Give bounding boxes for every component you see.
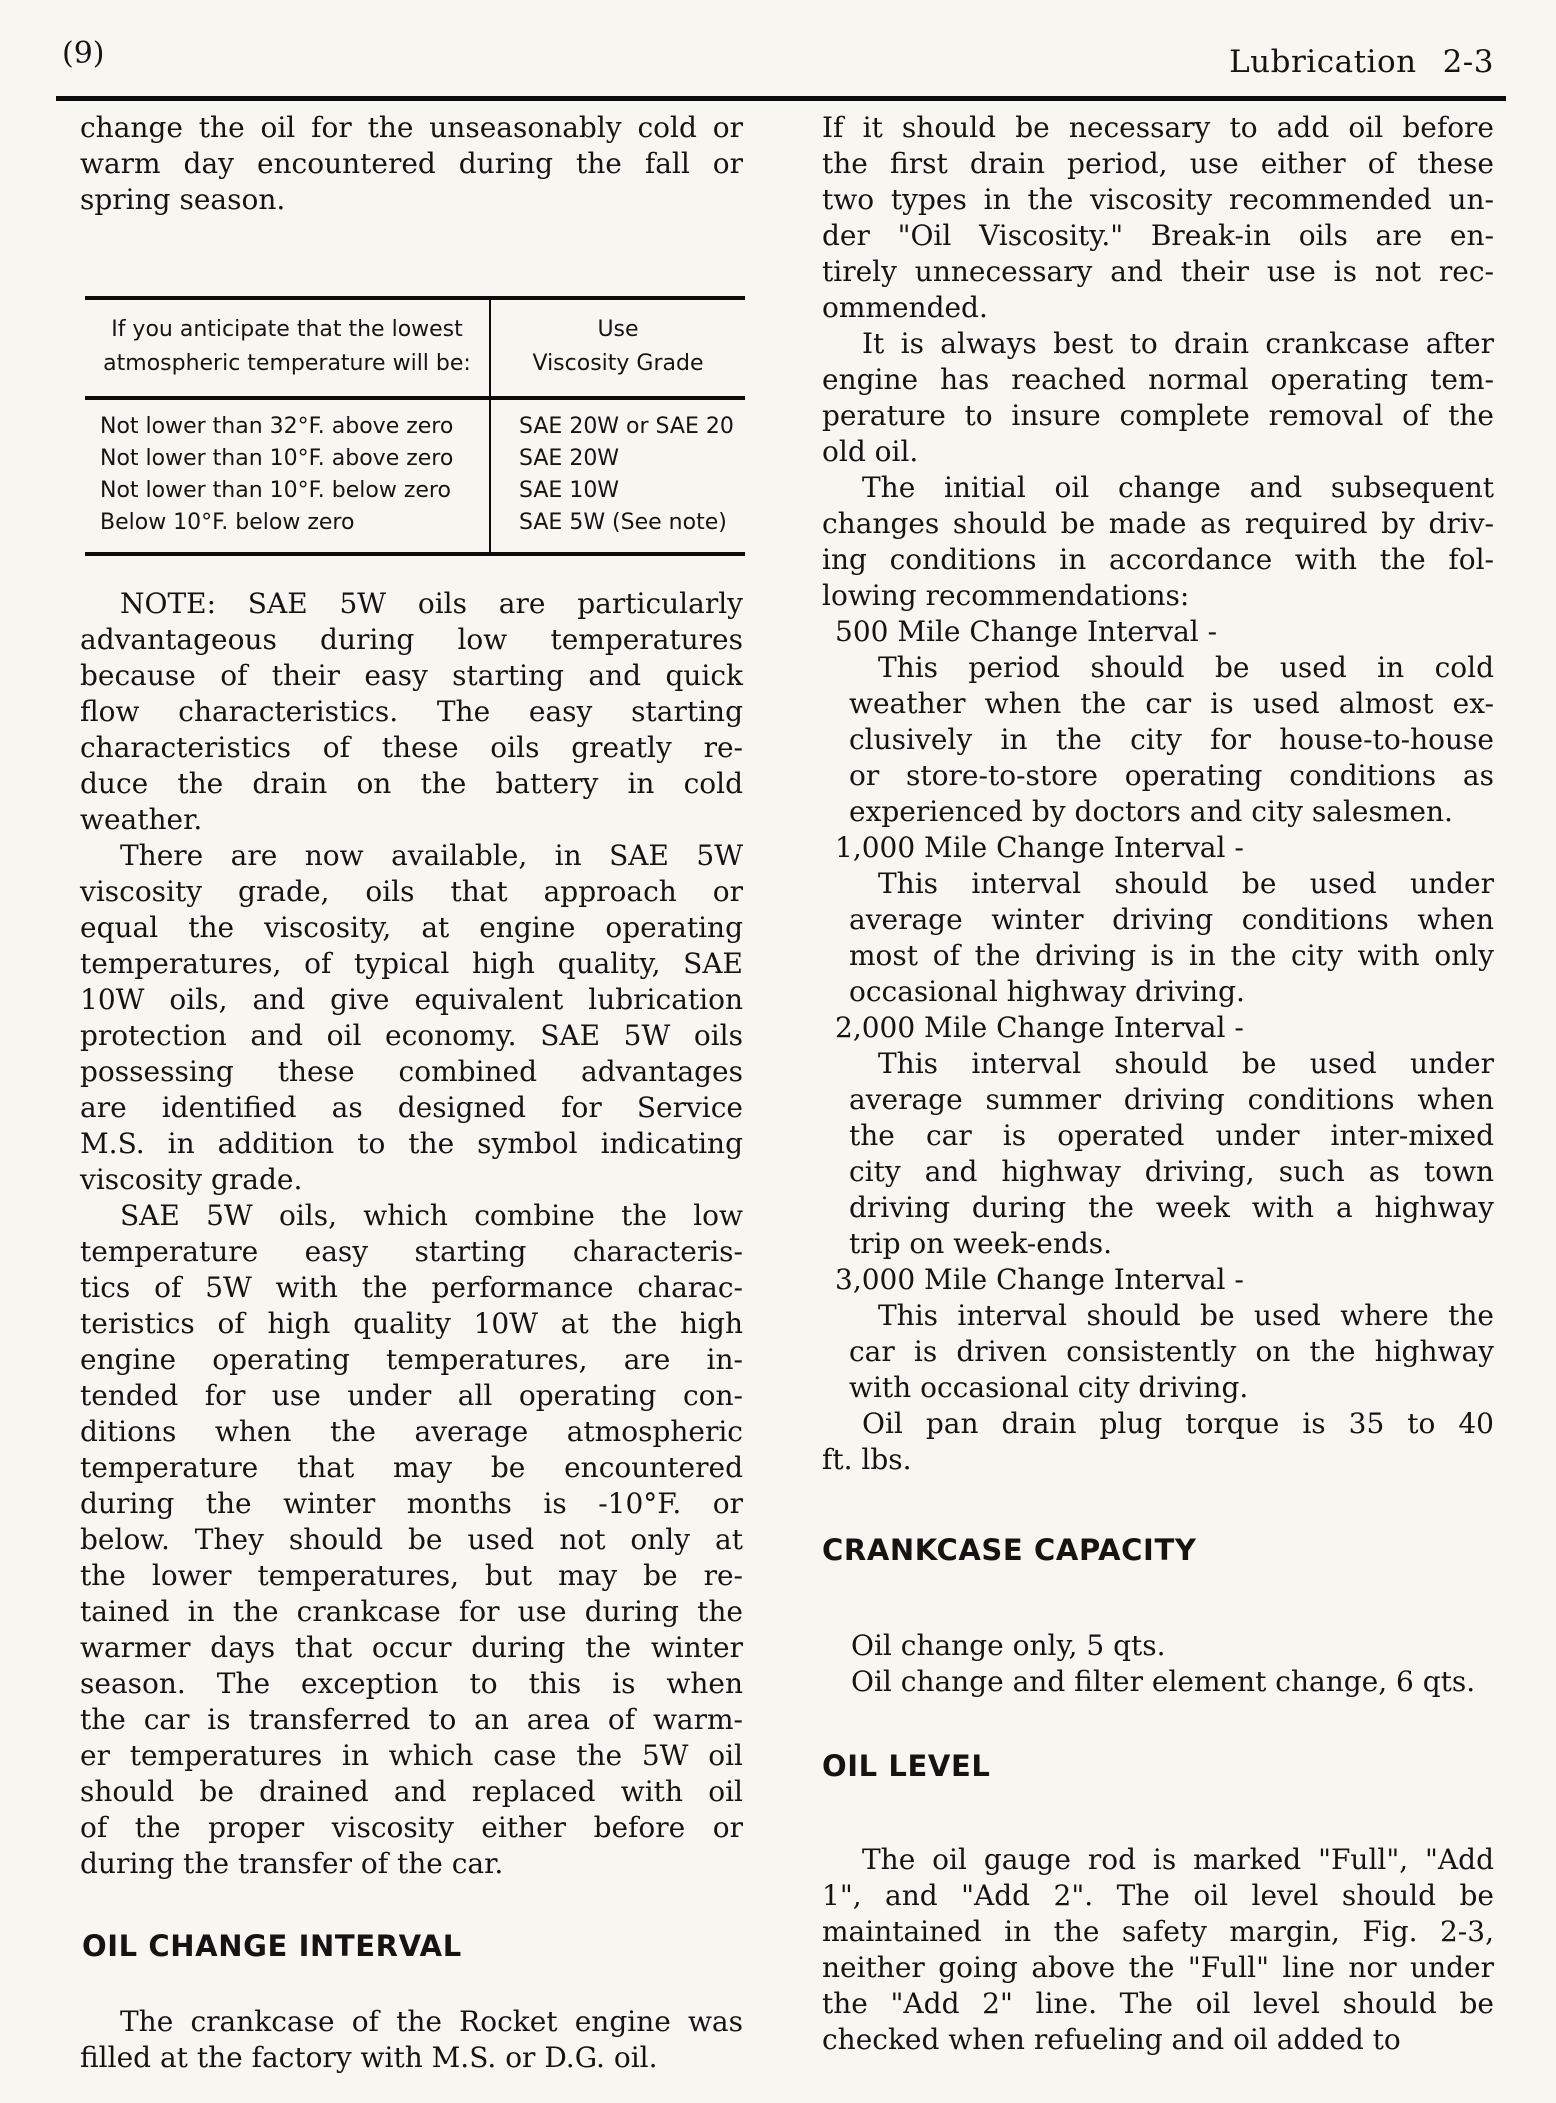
text-line: the "Add 2" line. The oil level should b… (822, 1986, 1494, 2022)
text-line: Oil change and filter element change, 6 … (822, 1664, 1494, 1700)
text-line: change the oil for the unseasonably cold… (80, 110, 743, 146)
text-line: This interval should be used under (849, 1046, 1494, 1082)
text-line: the car is operated under inter-mixed (849, 1118, 1494, 1154)
text-line: are identified as designed for Service (80, 1090, 743, 1126)
text-line: neither going above the "Full" line nor … (822, 1950, 1494, 1986)
text-line: tics of 5W with the performance charac- (80, 1270, 743, 1306)
text-line: checked when refueling and oil added to (822, 2022, 1494, 2058)
text-line: teristics of high quality 10W at the hig… (80, 1306, 743, 1342)
text-line: engine has reached normal operating tem- (822, 362, 1494, 398)
text-line: possessing these combined advantages (80, 1054, 743, 1090)
interval-2000-paragraph: This interval should be used underaverag… (849, 1046, 1494, 1262)
text-line: It is always best to drain crankcase aft… (822, 326, 1494, 362)
viscosity-table: If you anticipate that the lowest atmosp… (85, 296, 745, 556)
column-right: If it should be necessary to add oil bef… (822, 110, 1494, 2058)
text-line: temperatures, of typical high quality, S… (80, 946, 743, 982)
text-line: should be drained and replaced with oil (80, 1774, 743, 1810)
text-line: viscosity grade, oils that approach or (80, 874, 743, 910)
column-left: change the oil for the unseasonably cold… (80, 110, 743, 2076)
interval-500-paragraph: This period should be used in coldweathe… (849, 650, 1494, 830)
text-line: car is driven consistently on the highwa… (849, 1334, 1494, 1370)
table-temp-cell: Not lower than 10°F. above zero (100, 443, 483, 475)
text-line: because of their easy starting and quick (80, 658, 743, 694)
text-line: with occasional city driving. (849, 1370, 1494, 1406)
text-line: season. The exception to this is when (80, 1666, 743, 1702)
text-line: the lower temperatures, but may be re- (80, 1558, 743, 1594)
text-line: ing conditions in accordance with the fo… (822, 542, 1494, 578)
text-line: tained in the crankcase for use during t… (80, 1594, 743, 1630)
text-line: Oil pan drain plug torque is 35 to 40 (822, 1406, 1494, 1442)
text-line: 1", and "Add 2". The oil level should be (822, 1878, 1494, 1914)
text-line: This interval should be used where the (849, 1298, 1494, 1334)
sae5w-paragraph: SAE 5W oils, which combine the lowtemper… (80, 1198, 743, 1882)
text-line: weather when the car is used almost ex- (849, 686, 1494, 722)
text-line: spring season. (80, 182, 743, 218)
text-line: advantageous during low temperatures (80, 622, 743, 658)
section-number: 2-3 (1443, 44, 1494, 80)
availability-paragraph: There are now available, in SAE 5Wviscos… (80, 838, 743, 1198)
text-line: ommended. (822, 290, 1494, 326)
text-line: occasional highway driving. (849, 974, 1494, 1010)
text-line: der "Oil Viscosity." Break-in oils are e… (822, 218, 1494, 254)
oil-level-paragraph: The oil gauge rod is marked "Full", "Add… (822, 1842, 1494, 2058)
header-rule (56, 96, 1506, 101)
text-line: warmer days that occur during the winter (80, 1630, 743, 1666)
interval-1000-paragraph: This interval should be used underaverag… (849, 866, 1494, 1010)
initial-change-paragraph: The initial oil change and subsequentcha… (822, 470, 1494, 614)
text-line: below. They should be used not only at (80, 1522, 743, 1558)
text-line: NOTE: SAE 5W oils are particularly (80, 586, 743, 622)
text-line: ditions when the average atmospheric (80, 1414, 743, 1450)
table-temp-cell: Below 10°F. below zero (100, 507, 483, 539)
intro-paragraph: change the oil for the unseasonably cold… (80, 110, 743, 218)
text-line: during the transfer of the car. (80, 1846, 743, 1882)
viscosity-table-header-row: If you anticipate that the lowest atmosp… (85, 300, 745, 400)
text-line: equal the viscosity, at engine operating (80, 910, 743, 946)
text-line: most of the driving is in the city with … (849, 938, 1494, 974)
heading-oil-level: OIL LEVEL (822, 1746, 1494, 1786)
table-grade-cell: SAE 5W (See note) (519, 507, 739, 539)
text-line: the car is transferred to an area of war… (80, 1702, 743, 1738)
table-grade-cell: SAE 20W (519, 443, 739, 475)
interval-500-label: 500 Mile Change Interval - (835, 614, 1494, 650)
text-line: er temperatures in which case the 5W oil (80, 1738, 743, 1774)
interval-2000-label: 2,000 Mile Change Interval - (835, 1010, 1494, 1046)
text-line: If it should be necessary to add oil bef… (822, 110, 1494, 146)
text-line: flow characteristics. The easy starting (80, 694, 743, 730)
table-temp-cell: Not lower than 32°F. above zero (100, 411, 483, 443)
table-grade-cell: SAE 10W (519, 475, 739, 507)
text-line: duce the drain on the battery in cold (80, 766, 743, 802)
text-line: two types in the viscosity recommended u… (822, 182, 1494, 218)
text-line: experienced by doctors and city salesmen… (849, 794, 1494, 830)
text-line: during the winter months is -10°F. or (80, 1486, 743, 1522)
table-grade-cell: SAE 20W or SAE 20 (519, 411, 739, 443)
section-title: Lubrication (1229, 44, 1416, 80)
text-line: engine operating temperatures, are in- (80, 1342, 743, 1378)
text-line: trip on week-ends. (849, 1226, 1494, 1262)
text-line: old oil. (822, 434, 1494, 470)
text-line: The initial oil change and subsequent (822, 470, 1494, 506)
add-oil-paragraph: If it should be necessary to add oil bef… (822, 110, 1494, 326)
text-line: changes should be made as required by dr… (822, 506, 1494, 542)
text-line: or store-to-store operating conditions a… (849, 758, 1494, 794)
text-line: lowing recommendations: (822, 578, 1494, 614)
text-line: city and highway driving, such as town (849, 1154, 1494, 1190)
interval-1000-label: 1,000 Mile Change Interval - (835, 830, 1494, 866)
text-line: the first drain period, use either of th… (822, 146, 1494, 182)
crankcase-fill-paragraph: The crankcase of the Rocket engine wasfi… (80, 2004, 743, 2076)
text-line: maintained in the safety margin, Fig. 2-… (822, 1914, 1494, 1950)
text-line: viscosity grade. (80, 1162, 743, 1198)
text-line: There are now available, in SAE 5W (80, 838, 743, 874)
text-line: perature to insure complete removal of t… (822, 398, 1494, 434)
note-paragraph: NOTE: SAE 5W oils are particularlyadvant… (80, 586, 743, 838)
text-line: filled at the factory with M.S. or D.G. … (80, 2040, 743, 2076)
text-line: This interval should be used under (849, 866, 1494, 902)
text-line: SAE 5W oils, which combine the low (80, 1198, 743, 1234)
text-line: Oil change only, 5 qts. (822, 1628, 1494, 1664)
heading-oil-change-interval: OIL CHANGE INTERVAL (82, 1926, 743, 1966)
text-line: temperature easy starting characteris- (80, 1234, 743, 1270)
interval-3000-label: 3,000 Mile Change Interval - (835, 1262, 1494, 1298)
text-line: clusively in the city for house-to-house (849, 722, 1494, 758)
page-header: Lubrication2-3 (1229, 44, 1494, 80)
text-line: weather. (80, 802, 743, 838)
table-temp-column: Not lower than 32°F. above zero Not lowe… (85, 400, 491, 552)
text-line: tended for use under all operating con- (80, 1378, 743, 1414)
text-line: of the proper viscosity either before or (80, 1810, 743, 1846)
text-line: protection and oil economy. SAE 5W oils (80, 1018, 743, 1054)
table-temp-header: If you anticipate that the lowest atmosp… (85, 300, 491, 396)
heading-crankcase-capacity: CRANKCASE CAPACITY (822, 1530, 1494, 1570)
torque-paragraph: Oil pan drain plug torque is 35 to 40ft.… (822, 1406, 1494, 1478)
text-line: average winter driving conditions when (849, 902, 1494, 938)
text-line: driving during the week with a highway (849, 1190, 1494, 1226)
capacity-list: Oil change only, 5 qts.Oil change and fi… (822, 1628, 1494, 1700)
text-line: The oil gauge rod is marked "Full", "Add (822, 1842, 1494, 1878)
drain-paragraph: It is always best to drain crankcase aft… (822, 326, 1494, 470)
text-line: M.S. in addition to the symbol indicatin… (80, 1126, 743, 1162)
manual-page: (9) Lubrication2-3 change the oil for th… (0, 0, 1556, 2103)
viscosity-table-body: Not lower than 32°F. above zero Not lowe… (85, 400, 745, 552)
text-line: The crankcase of the Rocket engine was (80, 2004, 743, 2040)
text-line: characteristics of these oils greatly re… (80, 730, 743, 766)
table-grade-column: SAE 20W or SAE 20 SAE 20W SAE 10W SAE 5W… (491, 400, 745, 552)
interval-3000-paragraph: This interval should be used where theca… (849, 1298, 1494, 1406)
text-line: tirely unnecessary and their use is not … (822, 254, 1494, 290)
text-line: 10W oils, and give equivalent lubricatio… (80, 982, 743, 1018)
text-line: average summer driving conditions when (849, 1082, 1494, 1118)
text-line: ft. lbs. (822, 1442, 1494, 1478)
table-grade-header: Use Viscosity Grade (491, 300, 745, 396)
text-line: This period should be used in cold (849, 650, 1494, 686)
text-line: temperature that may be encountered (80, 1450, 743, 1486)
table-temp-cell: Not lower than 10°F. below zero (100, 475, 483, 507)
text-line: warm day encountered during the fall or (80, 146, 743, 182)
page-number: (9) (62, 36, 105, 71)
